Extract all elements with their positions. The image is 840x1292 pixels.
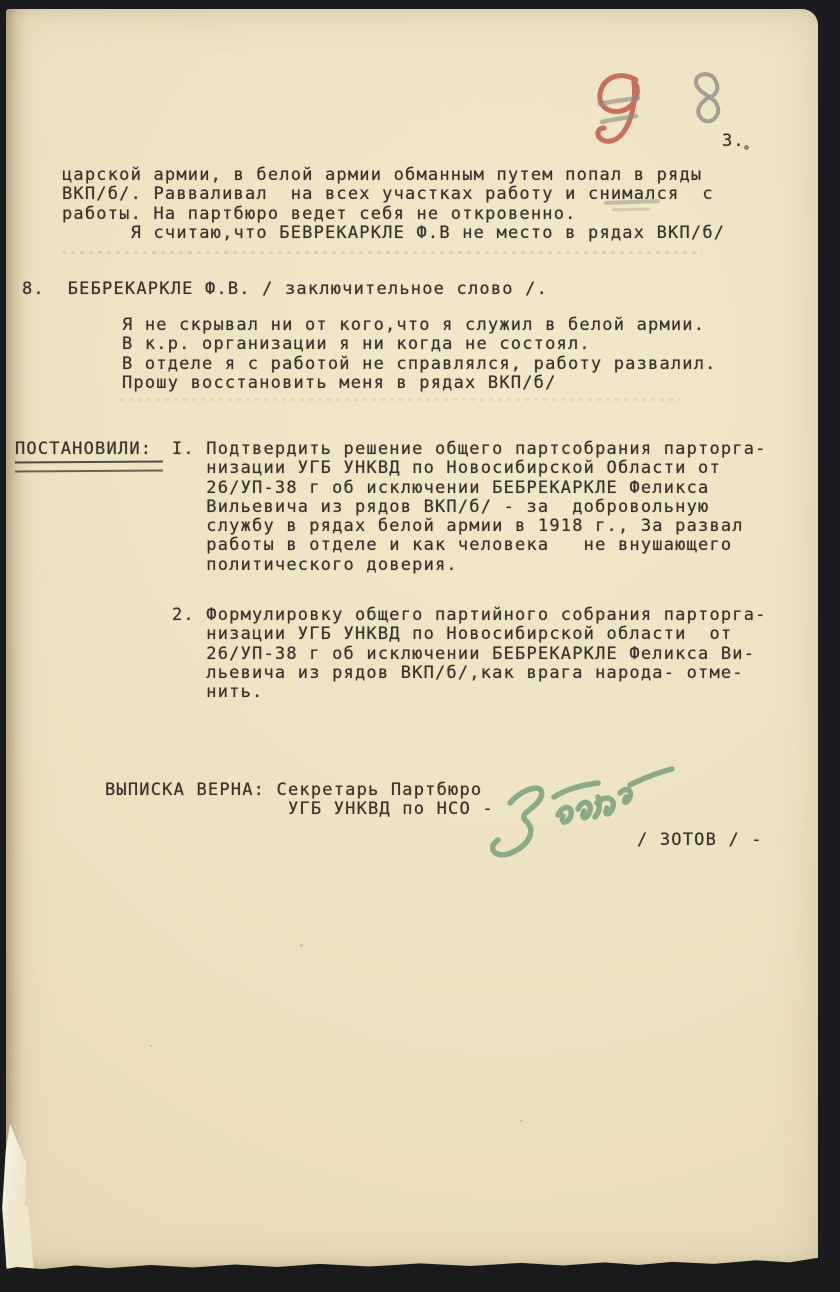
ghost-line-artifact	[120, 398, 680, 401]
resolution-item-2: 2. Формулировку общего партийного собран…	[172, 606, 767, 702]
paragraph-continuation: царской армии, в белой армии обманным пу…	[62, 166, 725, 243]
handwritten-number-9-red	[560, 60, 680, 160]
scanned-document: 3. царской армии, в белой армии обманным…	[0, 0, 840, 1292]
resolution-item-1: I. Подтвердить решение общего партсобран…	[172, 440, 767, 575]
final-word-paragraph: Я не скрывал ни от кого,что я служил в б…	[122, 316, 717, 393]
paper-speck	[744, 145, 749, 150]
paper-speck	[520, 1120, 523, 1122]
ghost-line-artifact	[62, 251, 702, 254]
handwritten-number-8-pencil	[680, 60, 740, 140]
signature-zotov-green-ink	[470, 755, 690, 865]
paper-speck	[300, 944, 303, 947]
resolution-label-underline	[15, 460, 163, 472]
certification-block: ВЫПИСКА ВЕРНА: Секретарь Партбюро УГБ УН…	[105, 781, 494, 820]
paper-speck	[150, 1045, 152, 1047]
resolution-label: ПОСТАНОВИЛИ:	[15, 440, 152, 459]
agenda-item-8: 8. БЕБРЕКАРКЛЕ Ф.В. / заключительное сло…	[22, 280, 548, 299]
